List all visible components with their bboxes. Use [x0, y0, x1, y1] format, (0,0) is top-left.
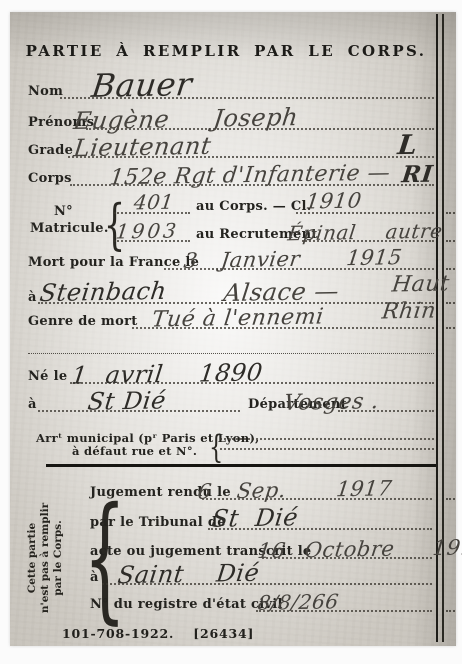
tribunal-value: St Dié [210, 505, 299, 530]
arr-municipal-line-2 [220, 448, 434, 450]
margin-dash [446, 212, 455, 214]
sidebar-note-line1: Cette partie [26, 492, 39, 624]
footer-code: 101-708-1922. [62, 626, 174, 641]
grade-annotation: L [396, 132, 419, 159]
margin-dash [446, 610, 455, 612]
matricule-recr-lieu: Épinal autre [287, 221, 444, 244]
matricule-corps-value: 401 [133, 192, 175, 213]
mort-lieu-dept2: Rhin [381, 301, 438, 324]
registre-value: 8/8/266 [257, 591, 340, 612]
genre-mort-value: Tué à l'ennemi [150, 307, 324, 332]
corps-value: 152e Rgt d'Infanterie — [108, 163, 391, 190]
margin-dash [446, 327, 455, 329]
mort-lieu-label: à [28, 290, 37, 305]
footer: 101-708-1922. [26434] [62, 626, 268, 641]
prenoms-value: Eugène Joseph [72, 105, 299, 133]
arr-municipal-brace: { [209, 428, 223, 466]
margin-dash [446, 240, 455, 242]
registre-label: N° du registre d'état civil [90, 597, 283, 612]
matricule-classe-value: 1910 [305, 191, 363, 213]
margin-dash [446, 268, 455, 270]
arr-municipal-label-2: à défaut rue et N°. [72, 445, 197, 458]
naissance-date-value: 1 avril 1890 [70, 360, 264, 387]
matricule-label-1: N° [54, 204, 73, 219]
naissance-date-label: Né le [28, 369, 67, 384]
mort-lieu-dept1: Haut [391, 274, 451, 297]
footer-ref: [26434] [193, 626, 254, 641]
tribunal-label: par le Tribunal de [90, 515, 226, 530]
mort-lieu-region: Alsace — [222, 279, 340, 305]
transcription-date-value: 16 Octobre 1917 [256, 537, 462, 562]
transcription-lieu-value: Saint Dié [116, 561, 260, 587]
matricule-corps-label: au Corps. — Cl. [196, 199, 312, 214]
arr-municipal-line-1 [220, 438, 434, 440]
margin-dash [446, 498, 455, 500]
mort-lieu-value: Steinbach [38, 279, 168, 305]
naissance-lieu-label: à [28, 397, 37, 412]
corps-annotation: RI [401, 163, 435, 187]
jugement-date-value: 6 Sep. 1917 [196, 478, 393, 502]
nom-label: Nom [28, 84, 63, 99]
sidebar-note: Cette partie n'est pas à remplir par le … [26, 492, 72, 624]
thick-divider [46, 464, 436, 467]
corps-label: Corps [28, 171, 72, 186]
mort-date-value: 3 Janvier 1915 [182, 247, 403, 272]
page-title: PARTIE À REMPLIR PAR LE CORPS. [10, 42, 442, 60]
sidebar-note-line2: n'est pas à remplir [39, 492, 52, 624]
grade-label: Grade [28, 143, 73, 158]
record-card: PARTIE À REMPLIR PAR LE CORPS. Nom Bauer… [10, 12, 456, 646]
departement-value: Vosges . [283, 391, 381, 415]
sidebar-note-line3: par le Corps. [52, 492, 65, 624]
grade-value: Lieutenant [72, 134, 212, 160]
genre-mort-label: Genre de mort [28, 314, 138, 329]
section-divider-dotted [28, 353, 434, 354]
matricule-recr-value: 1903 [115, 220, 181, 241]
naissance-lieu-value: St Dié [86, 388, 167, 413]
nom-value: Bauer [90, 68, 194, 102]
margin-dash [446, 302, 455, 304]
matricule-label-2: Matricule. [30, 221, 109, 236]
transcription-lieu-label: à [90, 570, 99, 585]
